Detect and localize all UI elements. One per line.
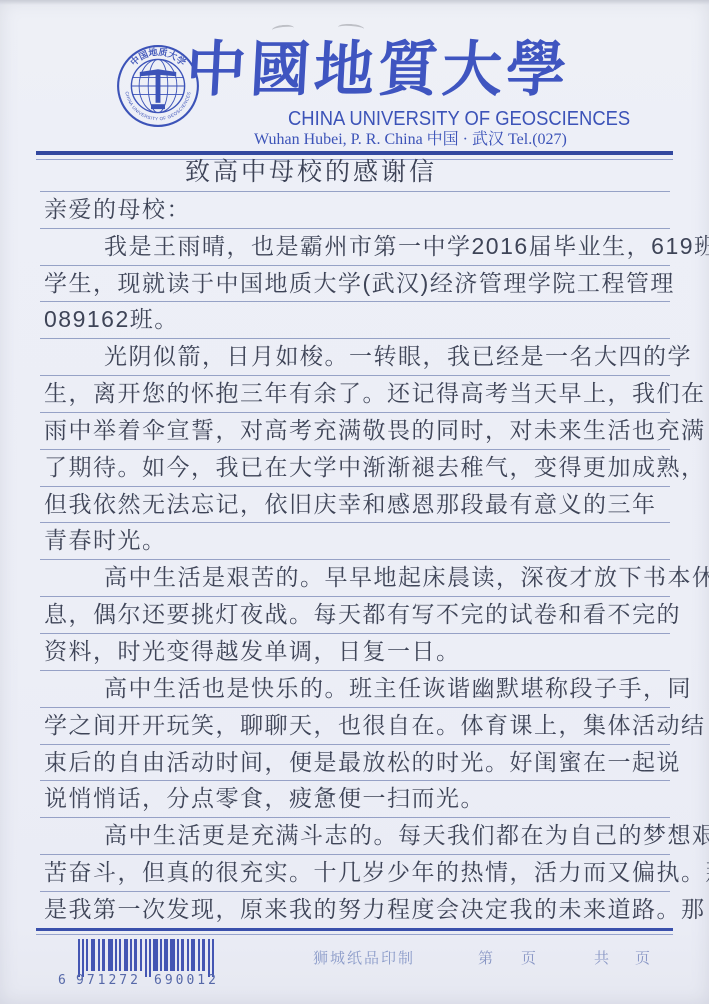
letterhead-address: Wuhan Hubei, P. R. China 中国 · 武汉 Tel.(02… — [254, 130, 584, 149]
letter-line: 光阴似箭，日月如梭。一转眼，我已经是一名大四的学 — [40, 339, 670, 376]
letter-line: 学之间开开玩笑，聊聊天，也很自在。体育课上，集体活动结 — [40, 708, 670, 745]
footer-rule-thick — [36, 928, 673, 931]
letter-line: 是我第一次发现，原来我的努力程度会决定我的未来道路。那 — [40, 892, 670, 929]
letter-paper: 中国地质大学 CHINA UNIVERSITY OF GEOSCIENCES — [0, 0, 709, 1004]
barcode-group2: 690012 — [154, 973, 219, 988]
letter-line: 我是王雨晴，也是霸州市第一中学2016届毕业生，619班 — [40, 229, 670, 266]
barcode-group1: 971272 — [76, 973, 154, 988]
letter-line: 高中生活也是快乐的。班主任诙谐幽默堪称段子手，同 — [40, 671, 670, 708]
barcode: 6 971272 690012 — [58, 939, 233, 989]
page-word: 页 — [521, 947, 536, 968]
letter-line: 亲爱的母校： — [40, 192, 670, 229]
letter-line: 雨中举着伞宣誓，对高考充满敬畏的同时，对未来生活也充满 — [40, 413, 670, 450]
letter-line: 学生，现就读于中国地质大学(武汉)经济管理学院工程管理 — [40, 266, 670, 303]
letter-line: 但我依然无法忘记，依旧庆幸和感恩那段最有意义的三年 — [40, 487, 670, 524]
page-word: 页 — [635, 947, 650, 968]
footer-rule-thin — [36, 934, 673, 935]
letter-line: 息，偶尔还要挑灯夜战。每天都有写不完的试卷和看不完的 — [40, 597, 670, 634]
letter-body: 致高中母校的感谢信 亲爱的母校： 我是王雨晴，也是霸州市第一中学2016届毕业生… — [40, 155, 670, 929]
page-no-label: 第 — [478, 947, 493, 968]
letter-line: 了期待。如今，我已在大学中渐渐褪去稚气，变得更加成熟， — [40, 450, 670, 487]
svg-text:中国地质大学: 中国地质大学 — [128, 46, 188, 68]
seal-year-banner — [151, 104, 165, 109]
letter-line: 资料，时光变得越发单调，日复一日。 — [40, 634, 670, 671]
letter-line: 生，离开您的怀抱三年有余了。还记得高考当天早上，我们在 — [40, 376, 670, 413]
letter-line: 苦奋斗，但真的很充实。十几岁少年的热情，活力而又偏执。那 — [40, 855, 670, 892]
letter-line: 高中生活更是充满斗志的。每天我们都在为自己的梦想艰 — [40, 818, 670, 855]
printer-credit: 狮城纸品印制 — [313, 947, 415, 968]
barcode-digits: 6 971272 690012 — [58, 973, 230, 988]
university-name-en: CHINA UNIVERSITY OF GEOSCIENCES — [288, 108, 564, 130]
letter-title: 致高中母校的感谢信 — [40, 155, 670, 192]
letter-line: 束后的自由活动时间，便是最放松的时光。好闺蜜在一起说 — [40, 745, 670, 782]
barcode-prefix: 6 — [58, 973, 76, 988]
letter-line: 青春时光。 — [40, 523, 670, 560]
seal-top-text: 中国地质大学 — [128, 46, 188, 68]
total-label: 共 — [594, 947, 609, 968]
university-name-cn: 中國地質大學 — [184, 28, 600, 112]
letter-line: 高中生活是艰苦的。早早地起床晨读，深夜才放下书本休 — [40, 560, 670, 597]
page-number-labels: 第 页 共 页 — [478, 947, 654, 968]
letter-line: 089162班。 — [40, 302, 670, 339]
letter-line: 说悄悄话，分点零食，疲惫便一扫而光。 — [40, 781, 670, 818]
